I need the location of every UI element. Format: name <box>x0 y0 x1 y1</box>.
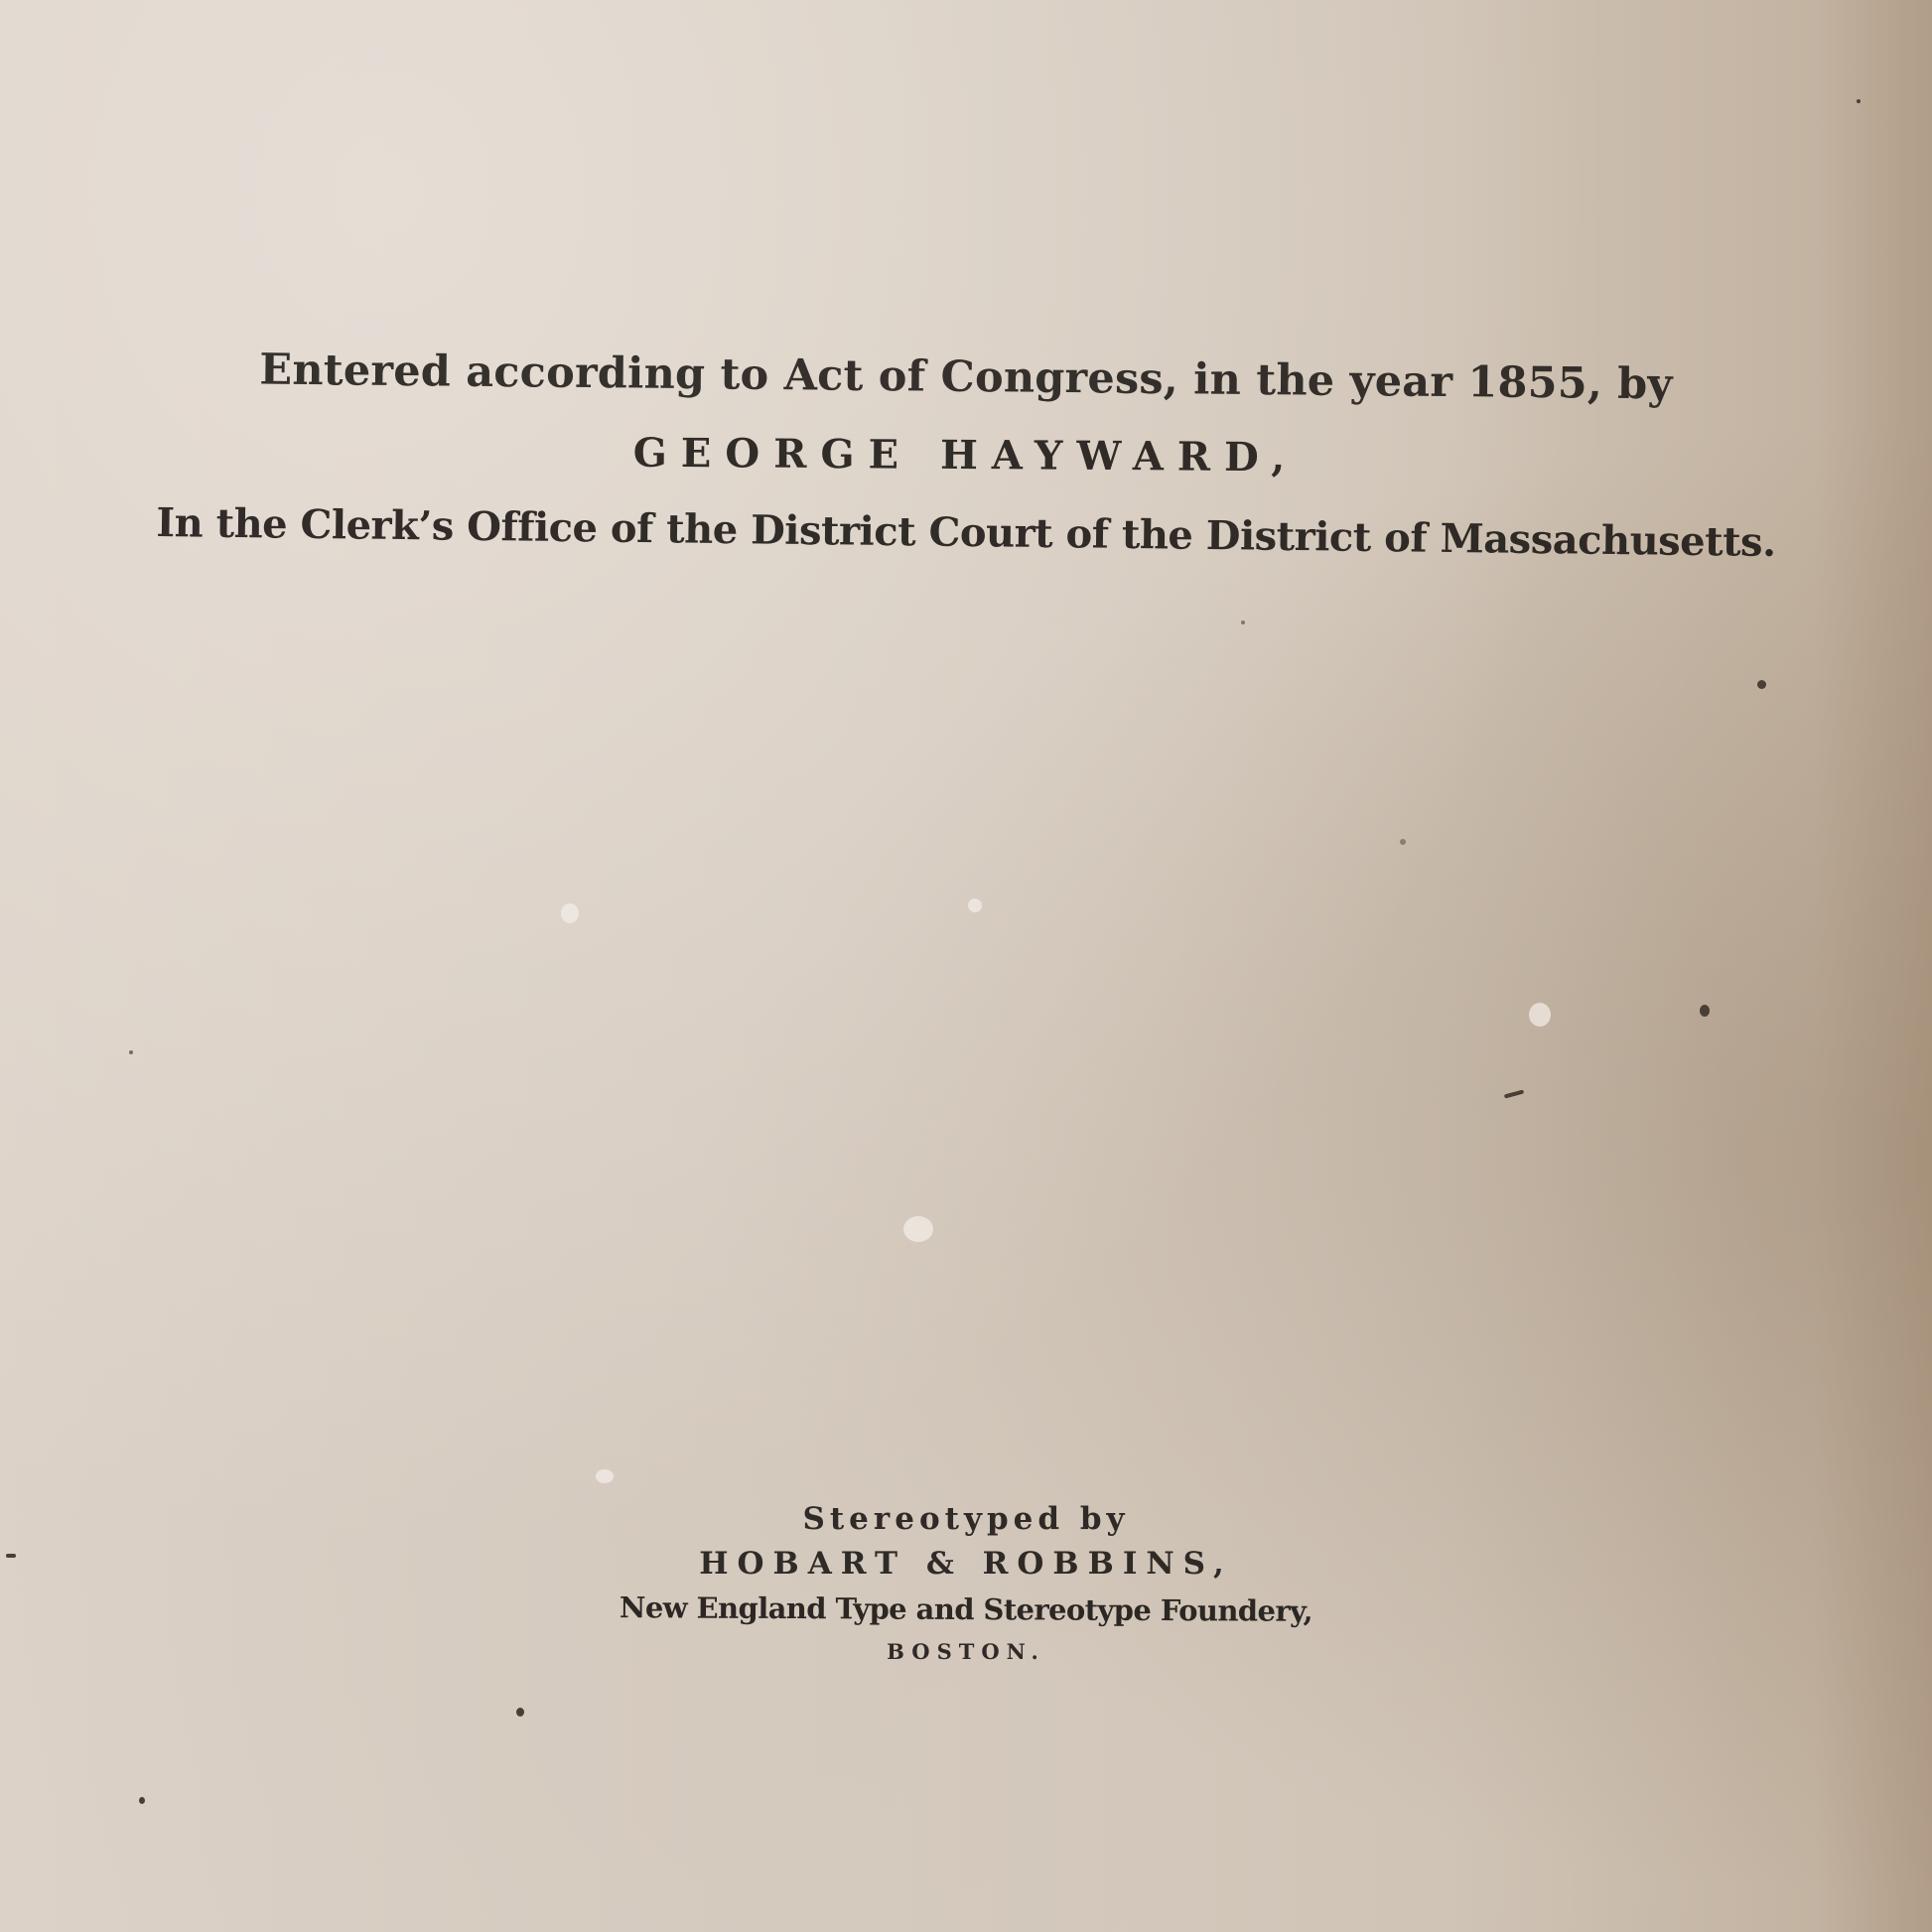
paper-fleck <box>1757 680 1766 689</box>
paper-fleck <box>1241 621 1245 624</box>
paper-spot <box>968 898 982 912</box>
book-page: Entered according to Act of Congress, in… <box>0 0 1932 1932</box>
printer-city: BOSTON. <box>0 1632 1932 1672</box>
paper-spot <box>596 1469 614 1483</box>
paper-fleck <box>129 1050 133 1054</box>
paper-fleck <box>1857 99 1861 103</box>
paper-fleck <box>1504 1089 1524 1098</box>
printer-imprint: Stereotyped by HOBART & ROBBINS, New Eng… <box>0 1497 1932 1672</box>
paper-spot <box>561 903 579 923</box>
paper-fleck <box>139 1797 145 1804</box>
copyright-notice: Entered according to Act of Congress, in… <box>0 338 1932 572</box>
stereotyped-by-label: Stereotyped by <box>0 1497 1932 1541</box>
paper-spot <box>903 1216 933 1242</box>
printer-name: HOBART & ROBBINS, <box>0 1541 1932 1587</box>
paper-spot <box>1529 1003 1551 1027</box>
paper-fleck <box>1700 1005 1710 1017</box>
paper-fleck <box>1400 839 1406 845</box>
foundery-name: New England Type and Stereotype Foundery… <box>0 1582 1932 1637</box>
paper-fleck <box>516 1708 524 1717</box>
